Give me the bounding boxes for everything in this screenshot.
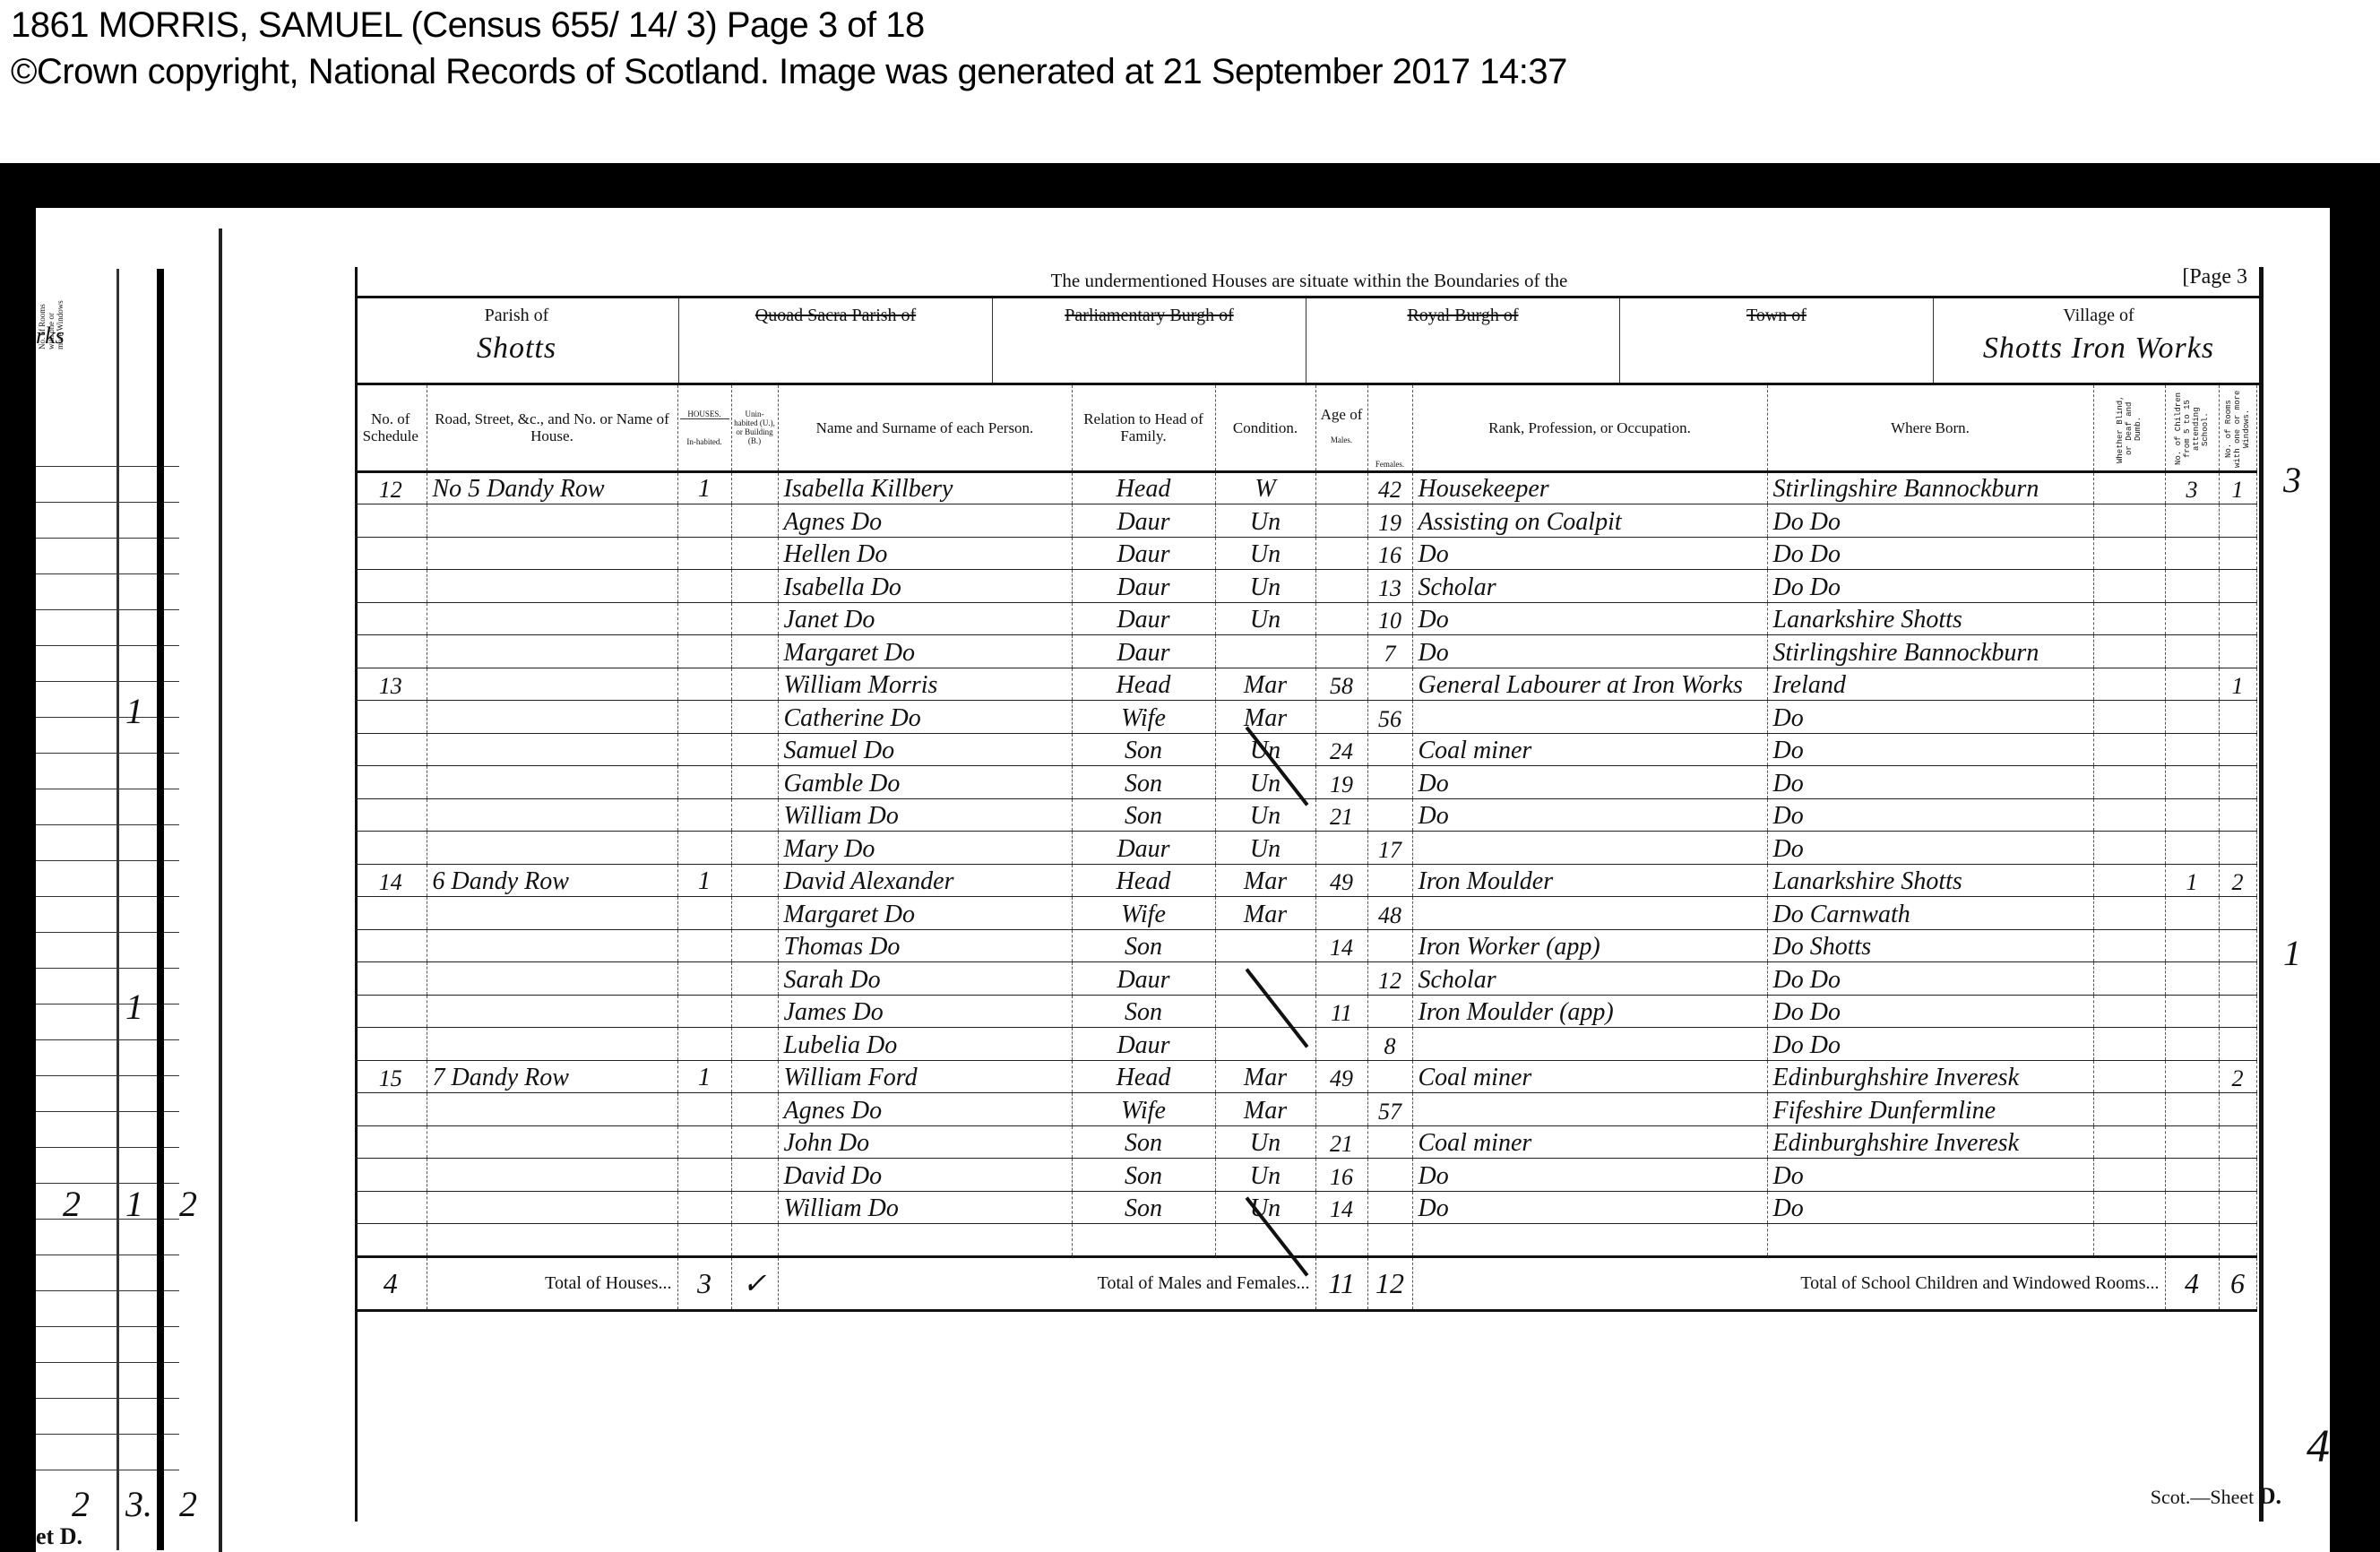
cell-born: Edinburghshire Inveresk: [1767, 1060, 2093, 1093]
cell-address: [427, 1191, 677, 1224]
cell-inhabited: [677, 701, 731, 734]
cell-schedule: [355, 1191, 427, 1224]
cell-born: Do: [1767, 1191, 2093, 1224]
boundary-town: Town of: [1620, 298, 1934, 383]
margin-mark: 3: [2283, 459, 2301, 501]
cell-name: Hellen Do: [778, 537, 1072, 570]
col-address: Road, Street, &c., and No. or Name of Ho…: [427, 385, 677, 471]
boundaries-row: Parish of Shotts Quoad Sacra Parish of P…: [355, 296, 2264, 385]
prev-page-sheet-label: et D.: [36, 1523, 82, 1550]
cell-name: William Morris: [778, 668, 1072, 701]
cell-school: [2165, 798, 2219, 832]
total-school-label: Total of School Children and Windowed Ro…: [1412, 1256, 2165, 1310]
cell-females: 56: [1367, 701, 1412, 734]
cell-rooms: [2219, 537, 2256, 570]
table-row: 157 Dandy Row1William FordHeadMar49Coal …: [355, 1060, 2256, 1093]
cell-address: [427, 962, 677, 996]
cell-school: [2165, 602, 2219, 635]
cell-address: [427, 602, 677, 635]
total-schedules: 4: [355, 1256, 427, 1310]
cell-occupation: [1412, 897, 1767, 930]
cell-born: Stirlingshire Bannockburn: [1767, 471, 2093, 504]
table-row: Samuel DoSonUn24Coal minerDo: [355, 733, 2256, 766]
cell-rooms: 2: [2219, 1060, 2256, 1093]
col-school: No. of Children from 5 to 15 attending S…: [2165, 385, 2219, 471]
cell-relation: Daur: [1072, 537, 1215, 570]
cell-uninhabited: [731, 537, 778, 570]
total-houses-label: Total of Houses...: [427, 1256, 677, 1310]
total-school: 4: [2165, 1256, 2219, 1310]
cell-males: [1315, 1093, 1367, 1126]
cell-inhabited: 1: [677, 471, 731, 504]
cell-blind: [2093, 733, 2165, 766]
sheet-label: Scot.—Sheet D.: [2151, 1483, 2281, 1510]
cell-rooms: 1: [2219, 471, 2256, 504]
cell-address: [427, 504, 677, 538]
cell-inhabited: 1: [677, 864, 731, 897]
cell-address: [427, 1028, 677, 1061]
cell-occupation: [1412, 1224, 1767, 1257]
cell-inhabited: [677, 832, 731, 865]
cell-blind: [2093, 1028, 2165, 1061]
cell-school: [2165, 832, 2219, 865]
cell-schedule: [355, 570, 427, 603]
cell-address: [427, 570, 677, 603]
cell-rooms: [2219, 929, 2256, 962]
cell-school: [2165, 733, 2219, 766]
cell-occupation: Iron Moulder: [1412, 864, 1767, 897]
prev-page-total: 2: [72, 1483, 90, 1525]
cell-inhabited: [677, 962, 731, 996]
cell-condition: Un: [1215, 832, 1315, 865]
cell-schedule: [355, 929, 427, 962]
cell-females: [1367, 929, 1412, 962]
cell-address: [427, 1093, 677, 1126]
cell-relation: [1072, 1224, 1215, 1257]
cell-address: [427, 635, 677, 668]
cell-blind: [2093, 995, 2165, 1028]
cell-rooms: [2219, 635, 2256, 668]
cell-school: [2165, 668, 2219, 701]
cell-born: Do: [1767, 733, 2093, 766]
cell-born: Edinburghshire Inveresk: [1767, 1125, 2093, 1159]
cell-condition: [1215, 635, 1315, 668]
cell-condition: Mar: [1215, 1060, 1315, 1093]
cell-relation: Wife: [1072, 1093, 1215, 1126]
totals-row: 4 Total of Houses... 3 ✓ Total of Males …: [355, 1256, 2256, 1310]
boundary-parliamentary-burgh: Parliamentary Burgh of: [993, 298, 1306, 383]
col-blind: Whether Blind, or Deaf and Dumb.: [2093, 385, 2165, 471]
cell-males: [1315, 570, 1367, 603]
table-row: Janet DoDaurUn10DoLanarkshire Shotts: [355, 602, 2256, 635]
cell-school: [2165, 897, 2219, 930]
cell-born: Do Do: [1767, 570, 2093, 603]
cell-females: 12: [1367, 962, 1412, 996]
cell-occupation: Scholar: [1412, 962, 1767, 996]
cell-males: [1315, 962, 1367, 996]
cell-condition: Un: [1215, 602, 1315, 635]
cell-occupation: General Labourer at Iron Works: [1412, 668, 1767, 701]
previous-page-fragment: rks No. of Rooms with one or more Window…: [36, 233, 242, 1552]
census-form: The undermentioned Houses are situate wi…: [355, 267, 2264, 1522]
cell-males: [1315, 602, 1367, 635]
cell-occupation: Iron Moulder (app): [1412, 995, 1767, 1028]
cell-schedule: [355, 635, 427, 668]
cell-inhabited: [677, 897, 731, 930]
cell-males: 21: [1315, 798, 1367, 832]
cell-condition: [1215, 929, 1315, 962]
total-females: 12: [1367, 1256, 1412, 1310]
cell-schedule: [355, 701, 427, 734]
cell-inhabited: [677, 995, 731, 1028]
cell-schedule: 15: [355, 1060, 427, 1093]
cell-females: [1367, 798, 1412, 832]
cell-blind: [2093, 570, 2165, 603]
cell-inhabited: [677, 929, 731, 962]
cell-address: No 5 Dandy Row: [427, 471, 677, 504]
cell-relation: Head: [1072, 1060, 1215, 1093]
cell-inhabited: [677, 1159, 731, 1192]
cell-males: [1315, 1224, 1367, 1257]
cell-schedule: [355, 1224, 427, 1257]
col-uninhabited: Unin-habited (U.), or Building (B.): [731, 385, 778, 471]
cell-schedule: 14: [355, 864, 427, 897]
cell-occupation: Coal miner: [1412, 1060, 1767, 1093]
cell-males: [1315, 1028, 1367, 1061]
table-row: Catherine DoWifeMar56Do: [355, 701, 2256, 734]
cell-occupation: [1412, 1028, 1767, 1061]
cell-uninhabited: [731, 602, 778, 635]
cell-occupation: Do: [1412, 766, 1767, 799]
page-label: [Page 3: [2182, 265, 2247, 289]
cell-blind: [2093, 798, 2165, 832]
cell-females: 19: [1367, 504, 1412, 538]
cell-born: Lanarkshire Shotts: [1767, 602, 2093, 635]
census-table: No. of Schedule Road, Street, &c., and N…: [355, 385, 2257, 1312]
margin-mark: 1: [2283, 932, 2301, 974]
cell-blind: [2093, 897, 2165, 930]
cell-rooms: [2219, 1191, 2256, 1224]
cell-name: Thomas Do: [778, 929, 1072, 962]
cell-blind: [2093, 1125, 2165, 1159]
cell-condition: W: [1215, 471, 1315, 504]
cell-inhabited: [677, 798, 731, 832]
cell-address: 7 Dandy Row: [427, 1060, 677, 1093]
table-row: 146 Dandy Row1David AlexanderHeadMar49Ir…: [355, 864, 2256, 897]
cell-name: Janet Do: [778, 602, 1072, 635]
cell-relation: Daur: [1072, 1028, 1215, 1061]
cell-females: 57: [1367, 1093, 1412, 1126]
cell-name: [778, 1224, 1072, 1257]
cell-school: [2165, 537, 2219, 570]
prev-page-column-heads: No. of Rooms with one or more Windows: [38, 296, 118, 349]
table-row: 13William MorrisHeadMar58General Laboure…: [355, 668, 2256, 701]
cell-males: [1315, 701, 1367, 734]
cell-uninhabited: [731, 832, 778, 865]
cell-occupation: Housekeeper: [1412, 471, 1767, 504]
cell-inhabited: [677, 602, 731, 635]
table-row: Isabella DoDaurUn13ScholarDo Do: [355, 570, 2256, 603]
cell-schedule: [355, 962, 427, 996]
cell-name: Lubelia Do: [778, 1028, 1072, 1061]
boundary-parish: Parish of Shotts: [355, 298, 679, 383]
cell-name: Agnes Do: [778, 1093, 1072, 1126]
boundary-quoad-sacra: Quoad Sacra Parish of: [679, 298, 993, 383]
cell-condition: [1215, 995, 1315, 1028]
table-row: 12No 5 Dandy Row1Isabella KillberyHeadW4…: [355, 471, 2256, 504]
cell-uninhabited: [731, 1060, 778, 1093]
cell-address: [427, 798, 677, 832]
cell-uninhabited: [731, 962, 778, 996]
cell-males: 19: [1315, 766, 1367, 799]
cell-name: William Ford: [778, 1060, 1072, 1093]
cell-schedule: [355, 766, 427, 799]
col-name: Name and Surname of each Person.: [778, 385, 1072, 471]
cell-relation: Son: [1072, 1191, 1215, 1224]
cell-name: James Do: [778, 995, 1072, 1028]
cell-name: Isabella Do: [778, 570, 1072, 603]
total-people-label: Total of Males and Females...: [778, 1256, 1315, 1310]
prev-page-total: 2: [179, 1483, 197, 1525]
cell-inhabited: [677, 1125, 731, 1159]
cell-blind: [2093, 864, 2165, 897]
cell-occupation: Coal miner: [1412, 733, 1767, 766]
total-rooms: 6: [2219, 1256, 2256, 1310]
cell-inhabited: [677, 766, 731, 799]
cell-school: [2165, 1093, 2219, 1126]
cell-occupation: Iron Worker (app): [1412, 929, 1767, 962]
cell-schedule: [355, 832, 427, 865]
col-males: Age ofMales.: [1315, 385, 1367, 471]
cell-condition: Un: [1215, 570, 1315, 603]
cell-males: 14: [1315, 1191, 1367, 1224]
cell-born: Lanarkshire Shotts: [1767, 864, 2093, 897]
cell-males: [1315, 832, 1367, 865]
total-houses-inhabited: 3: [677, 1256, 731, 1310]
table-row: William DoSonUn14DoDo: [355, 1191, 2256, 1224]
cell-rooms: 2: [2219, 864, 2256, 897]
cell-blind: [2093, 962, 2165, 996]
cell-uninhabited: [731, 929, 778, 962]
cell-schedule: 13: [355, 668, 427, 701]
cell-school: [2165, 1028, 2219, 1061]
cell-uninhabited: [731, 1125, 778, 1159]
cell-relation: Daur: [1072, 635, 1215, 668]
prev-page-mark: 1: [125, 1183, 143, 1225]
census-table-wrap: No. of Schedule Road, Street, &c., and N…: [355, 385, 2264, 1312]
cell-condition: Un: [1215, 504, 1315, 538]
cell-address: [427, 897, 677, 930]
cell-occupation: Do: [1412, 1159, 1767, 1192]
cell-name: John Do: [778, 1125, 1072, 1159]
cell-occupation: Do: [1412, 537, 1767, 570]
cell-males: 49: [1315, 1060, 1367, 1093]
cell-name: Gamble Do: [778, 766, 1072, 799]
cell-blind: [2093, 602, 2165, 635]
cell-occupation: Coal miner: [1412, 1125, 1767, 1159]
cell-occupation: Do: [1412, 1191, 1767, 1224]
cell-males: 14: [1315, 929, 1367, 962]
cell-relation: Son: [1072, 1125, 1215, 1159]
cell-males: [1315, 897, 1367, 930]
col-condition: Condition.: [1215, 385, 1315, 471]
cell-school: [2165, 766, 2219, 799]
prev-page-mark: 1: [125, 986, 143, 1028]
cell-occupation: [1412, 1093, 1767, 1126]
cell-blind: [2093, 701, 2165, 734]
cell-born: Do: [1767, 798, 2093, 832]
cell-females: 8: [1367, 1028, 1412, 1061]
cell-school: [2165, 995, 2219, 1028]
margin-mark: 4: [2307, 1420, 2330, 1473]
cell-uninhabited: [731, 864, 778, 897]
cell-schedule: [355, 1028, 427, 1061]
prev-page-mark: 1: [125, 690, 143, 732]
cell-born: Do Do: [1767, 962, 2093, 996]
cell-name: Margaret Do: [778, 635, 1072, 668]
cell-condition: Mar: [1215, 864, 1315, 897]
table-row: Agnes DoDaurUn19Assisting on CoalpitDo D…: [355, 504, 2256, 538]
col-rooms: No. of Rooms with one or more Windows.: [2219, 385, 2256, 471]
cell-blind: [2093, 1060, 2165, 1093]
cell-born: Fifeshire Dunfermline: [1767, 1093, 2093, 1126]
table-row: [355, 1224, 2256, 1257]
cell-name: William Do: [778, 798, 1072, 832]
caption-line-2: ©Crown copyright, National Records of Sc…: [11, 52, 1567, 92]
cell-blind: [2093, 471, 2165, 504]
cell-females: 16: [1367, 537, 1412, 570]
prev-page-mark: 2: [179, 1183, 197, 1225]
cell-condition: Mar: [1215, 668, 1315, 701]
cell-name: Sarah Do: [778, 962, 1072, 996]
cell-males: [1315, 537, 1367, 570]
cell-inhabited: [677, 635, 731, 668]
cell-born: Do: [1767, 1159, 2093, 1192]
cell-schedule: [355, 537, 427, 570]
cell-uninhabited: [731, 733, 778, 766]
table-row: Margaret DoDaur7DoStirlingshire Bannockb…: [355, 635, 2256, 668]
cell-born: Do: [1767, 701, 2093, 734]
cell-address: [427, 733, 677, 766]
cell-rooms: [2219, 733, 2256, 766]
table-header: No. of Schedule Road, Street, &c., and N…: [355, 385, 2256, 471]
cell-name: Agnes Do: [778, 504, 1072, 538]
cell-males: 11: [1315, 995, 1367, 1028]
cell-condition: [1215, 1224, 1315, 1257]
cell-born: Do Do: [1767, 537, 2093, 570]
cell-schedule: 12: [355, 471, 427, 504]
cell-condition: [1215, 1028, 1315, 1061]
cell-relation: Head: [1072, 471, 1215, 504]
cell-relation: Daur: [1072, 504, 1215, 538]
cell-name: William Do: [778, 1191, 1072, 1224]
page-gutter: [219, 228, 222, 1552]
cell-uninhabited: [731, 798, 778, 832]
cell-occupation: Do: [1412, 602, 1767, 635]
cell-address: [427, 832, 677, 865]
cell-inhabited: [677, 570, 731, 603]
boundary-village: Village of Shotts Iron Works: [1934, 298, 2264, 383]
cell-blind: [2093, 766, 2165, 799]
cell-name: David Alexander: [778, 864, 1072, 897]
cell-rooms: [2219, 701, 2256, 734]
cell-relation: Head: [1072, 864, 1215, 897]
cell-males: [1315, 635, 1367, 668]
cell-rooms: [2219, 897, 2256, 930]
cell-relation: Wife: [1072, 701, 1215, 734]
cell-condition: Un: [1215, 1159, 1315, 1192]
cell-males: 16: [1315, 1159, 1367, 1192]
cell-occupation: Scholar: [1412, 570, 1767, 603]
cell-uninhabited: [731, 504, 778, 538]
cell-address: [427, 1159, 677, 1192]
boundary-royal-burgh: Royal Burgh of: [1306, 298, 1620, 383]
cell-school: [2165, 1191, 2219, 1224]
cell-born: Do Do: [1767, 995, 2093, 1028]
cell-relation: Son: [1072, 995, 1215, 1028]
cell-school: 3: [2165, 471, 2219, 504]
cell-relation: Head: [1072, 668, 1215, 701]
cell-blind: [2093, 537, 2165, 570]
cell-rooms: [2219, 1125, 2256, 1159]
table-row: Sarah DoDaur12ScholarDo Do: [355, 962, 2256, 996]
col-relation: Relation to Head of Family.: [1072, 385, 1215, 471]
cell-schedule: [355, 995, 427, 1028]
cell-rooms: [2219, 798, 2256, 832]
cell-relation: Daur: [1072, 570, 1215, 603]
cell-name: David Do: [778, 1159, 1072, 1192]
cell-address: [427, 668, 677, 701]
cell-females: 48: [1367, 897, 1412, 930]
col-occupation: Rank, Profession, or Occupation.: [1412, 385, 1767, 471]
cell-schedule: [355, 602, 427, 635]
total-houses-check: ✓: [731, 1256, 778, 1310]
cell-uninhabited: [731, 668, 778, 701]
cell-born: Do: [1767, 832, 2093, 865]
cell-school: [2165, 504, 2219, 538]
cell-rooms: 1: [2219, 668, 2256, 701]
cell-inhabited: [677, 1093, 731, 1126]
form-title: The undermentioned Houses are situate wi…: [355, 267, 2264, 294]
cell-occupation: Assisting on Coalpit: [1412, 504, 1767, 538]
cell-school: [2165, 1125, 2219, 1159]
cell-females: [1367, 1125, 1412, 1159]
cell-occupation: [1412, 701, 1767, 734]
table-row: Agnes DoWifeMar57Fifeshire Dunfermline: [355, 1093, 2256, 1126]
cell-schedule: [355, 1125, 427, 1159]
cell-males: 24: [1315, 733, 1367, 766]
cell-females: [1367, 1060, 1412, 1093]
cell-blind: [2093, 1191, 2165, 1224]
cell-relation: Son: [1072, 929, 1215, 962]
cell-occupation: [1412, 832, 1767, 865]
cell-uninhabited: [731, 635, 778, 668]
cell-name: Isabella Killbery: [778, 471, 1072, 504]
cell-females: 10: [1367, 602, 1412, 635]
cell-males: 21: [1315, 1125, 1367, 1159]
cell-females: 17: [1367, 832, 1412, 865]
cell-rooms: [2219, 570, 2256, 603]
cell-name: Mary Do: [778, 832, 1072, 865]
cell-address: [427, 701, 677, 734]
cell-condition: Mar: [1215, 701, 1315, 734]
cell-relation: Daur: [1072, 602, 1215, 635]
cell-condition: Un: [1215, 798, 1315, 832]
cell-uninhabited: [731, 766, 778, 799]
cell-relation: Son: [1072, 733, 1215, 766]
cell-rooms: [2219, 766, 2256, 799]
cell-school: 1: [2165, 864, 2219, 897]
